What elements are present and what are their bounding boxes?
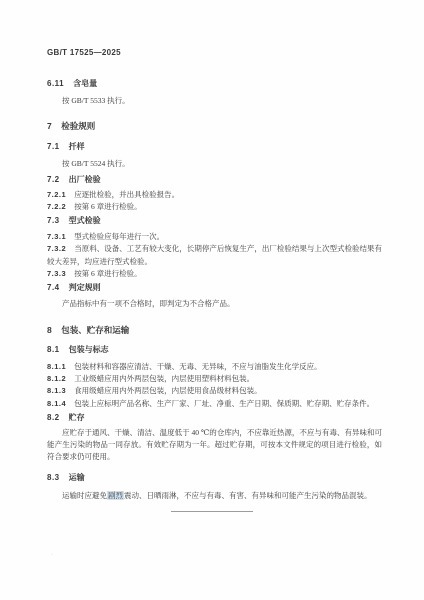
heading-number: 7.3 [47, 216, 60, 225]
heading-number: 8.2 [47, 413, 60, 422]
body-paragraph: 产品指标中有一项不合格时，即判定为不合格产品。 [47, 298, 382, 310]
section-heading: 7.1扦样 [47, 142, 382, 152]
clause-number: 8.1.4 [47, 399, 66, 408]
section-heading: 7.2出厂检验 [47, 175, 382, 185]
heading-number: 7 [47, 121, 52, 131]
clause-number: 8.1.3 [47, 386, 66, 395]
heading-title: 贮存 [69, 413, 85, 422]
body-paragraph: 按 GB/T 5524 执行。 [47, 158, 382, 170]
text-highlight: 剧烈 [107, 491, 124, 500]
heading-number: 7.2 [47, 175, 60, 184]
heading-number: 7.4 [47, 283, 60, 292]
heading-number: 8 [47, 325, 52, 335]
heading-title: 检验规则 [61, 121, 95, 131]
document-body: 6.11含皂量按 GB/T 5533 执行。7检验规则7.1扦样按 GB/T 5… [47, 79, 382, 512]
clause-number: 7.2.1 [47, 190, 66, 199]
section-heading: 6.11含皂量 [47, 79, 382, 89]
clause-paragraph: 8.1.2工业级蜡应用内外两层包装，内层使用塑料材料包装。 [47, 373, 382, 385]
document-page: GB/T 17525—2025 6.11含皂量按 GB/T 5533 执行。7检… [0, 0, 424, 600]
heading-number: 7.1 [47, 142, 60, 151]
clause-paragraph: 8.1.1包装材料和容器应清洁、干燥、无毒、无异味，不应与油脂发生化学反应。 [47, 361, 382, 373]
clause-number: 8.1.1 [47, 362, 66, 371]
chapter-heading: 8包装、贮存和运输 [47, 325, 382, 336]
end-of-text-divider [171, 511, 253, 512]
heading-title: 扦样 [69, 142, 85, 151]
clause-paragraph: 7.3.3按第 6 章进行检验。 [47, 268, 382, 280]
section-heading: 8.2贮存 [47, 413, 382, 423]
body-paragraph: 按 GB/T 5533 执行。 [47, 95, 382, 107]
heading-title: 运输 [69, 473, 85, 482]
section-heading: 8.1包装与标志 [47, 345, 382, 355]
section-heading: 8.3运输 [47, 473, 382, 483]
heading-title: 包装与标志 [69, 345, 109, 354]
heading-title: 型式检验 [69, 216, 101, 225]
heading-title: 含皂量 [73, 79, 97, 88]
body-paragraph: 运输时应避免剧烈震动、日晒雨淋，不应与有毒、有害、有异味和可能产生污染的物品混装… [47, 490, 382, 502]
clause-paragraph: 7.2.2按第 6 章进行检验。 [47, 201, 382, 213]
standard-number-header: GB/T 17525—2025 [47, 48, 382, 58]
clause-number: 8.1.2 [47, 374, 66, 383]
heading-number: 8.3 [47, 473, 60, 482]
heading-title: 包装、贮存和运输 [61, 325, 129, 335]
clause-number: 7.3.3 [47, 269, 66, 278]
clause-paragraph: 8.1.3食用级蜡应用内外两层包装，内层使用食品级材料包装。 [47, 385, 382, 397]
heading-number: 8.1 [47, 345, 60, 354]
section-heading: 7.3型式检验 [47, 216, 382, 226]
clause-paragraph: 7.3.2当原料、设备、工艺有较大变化，长期停产后恢复生产，出厂检验结果与上次型… [47, 243, 382, 268]
body-paragraph: 应贮存于通风、干燥、清洁、温度低于 40 ℃的仓库内，不应靠近热源，不应与有毒、… [47, 427, 382, 464]
page-footer-mark: · [51, 552, 53, 558]
chapter-heading: 7检验规则 [47, 121, 382, 132]
clause-number: 7.3.1 [47, 232, 66, 241]
heading-title: 判定规则 [69, 283, 101, 292]
heading-title: 出厂检验 [69, 175, 101, 184]
clause-paragraph: 8.1.4包装上应标明产品名称、生产厂家、厂址、净重、生产日期、保质期、贮存期、… [47, 398, 382, 410]
clause-number: 7.2.2 [47, 202, 66, 211]
section-heading: 7.4判定规则 [47, 283, 382, 293]
clause-number: 7.3.2 [47, 244, 66, 253]
clause-paragraph: 7.3.1型式检验应每年进行一次。 [47, 231, 382, 243]
heading-number: 6.11 [47, 79, 64, 88]
clause-paragraph: 7.2.1应逐批检验，并出具检验报告。 [47, 189, 382, 201]
